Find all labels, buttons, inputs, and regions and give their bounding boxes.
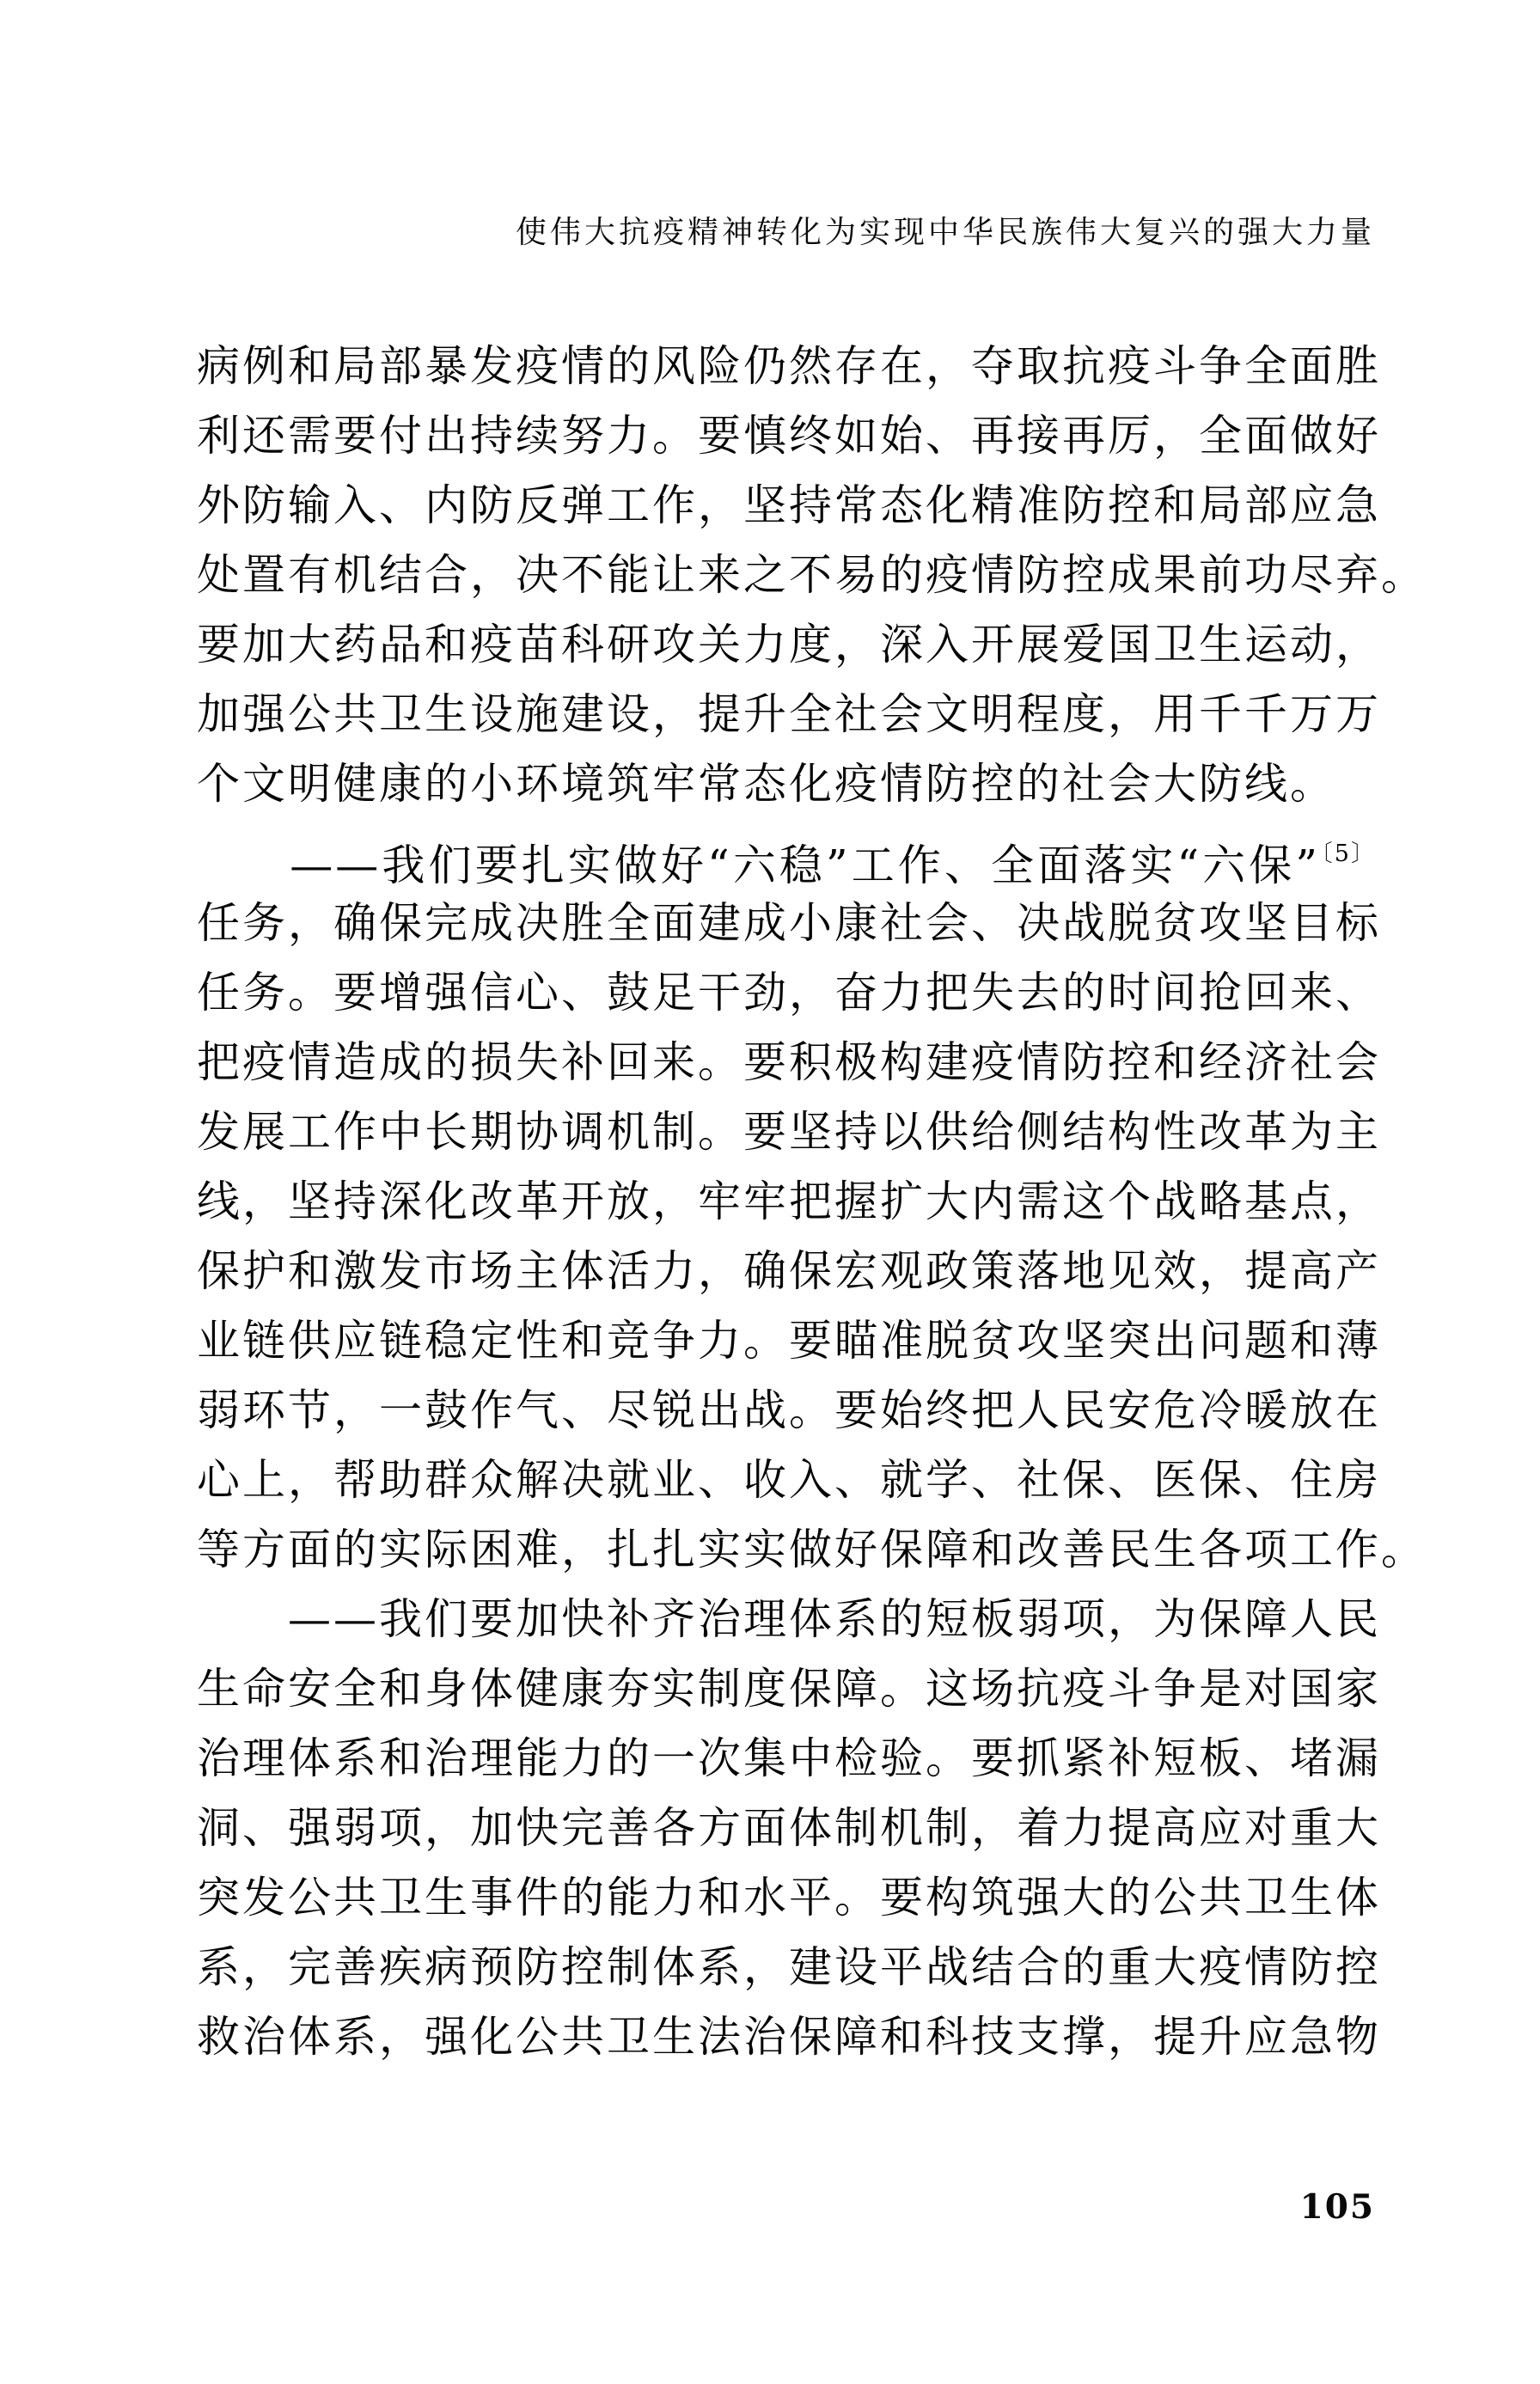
text-line: 要加大药品和疫苗科研攻关力度，深入开展爱国卫生运动， (197, 610, 1375, 680)
body-text: 病例和局部暴发疫情的风险仍然存在，夺取抗疫斗争全面胜 利还需要付出持续努力。要慎… (197, 332, 1375, 2072)
text-line: 保护和激发市场主体活力，确保宏观政策落地见效，提高产 (197, 1237, 1375, 1306)
text-line: 任务，确保完成决胜全面建成小康社会、决战脱贫攻坚目标 (197, 889, 1375, 958)
text-line: 利还需要付出持续努力。要慎终如始、再接再厉，全面做好 (197, 401, 1375, 471)
text-line: 治理体系和治理能力的一次集中检验。要抓紧补短板、堵漏 (197, 1724, 1375, 1794)
text-line: 系，完善疾病预防控制体系，建设平战结合的重大疫情防控 (197, 1933, 1375, 2002)
text-line: 弱环节，一鼓作气、尽锐出战。要始终把人民安危冷暖放在 (197, 1376, 1375, 1446)
text-line: 任务。要增强信心、鼓足干劲，奋力把失去的时间抢回来、 (197, 958, 1375, 1028)
text-line: 救治体系，强化公共卫生法治保障和科技支撑，提升应急物 (197, 2002, 1375, 2072)
page-number: 105 (197, 2187, 1375, 2227)
text-line-main: ——我们要扎实做好“六稳”工作、全面落实“六保” (290, 841, 1320, 890)
text-line: 业链供应链稳定性和竞争力。要瞄准脱贫攻坚突出问题和薄 (197, 1306, 1375, 1376)
text-line: 线，坚持深化改革开放，牢牢把握扩大内需这个战略基点， (197, 1167, 1375, 1237)
footnote-marker: 〔5〕 (1320, 841, 1375, 867)
text-line: 洞、强弱项，加快完善各方面体制机制，着力提高应对重大 (197, 1794, 1375, 1863)
text-line: 心上，帮助群众解决就业、收入、就学、社保、医保、住房 (197, 1446, 1375, 1515)
paragraph-indent (197, 1594, 288, 1644)
text-line: 等方面的实际困难，扎扎实实做好保障和改善民生各项工作。 (197, 1515, 1375, 1585)
running-header: 使伟大抗疫精神转化为实现中华民族伟大复兴的强大力量 (197, 208, 1375, 252)
text-line-main: ——我们要加快补齐治理体系的短板弱项，为保障人民 (288, 1594, 1381, 1644)
text-line: 把疫情造成的损失补回来。要积极构建疫情防控和经济社会 (197, 1028, 1375, 1097)
text-line: 外防输入、内防反弹工作，坚持常态化精准防控和局部应急 (197, 471, 1375, 541)
text-line: 发展工作中长期协调机制。要坚持以供给侧结构性改革为主 (197, 1097, 1375, 1167)
text-line: 处置有机结合，决不能让来之不易的疫情防控成果前功尽弃。 (197, 541, 1375, 610)
text-line: 个文明健康的小环境筑牢常态化疫情防控的社会大防线。 (197, 749, 1375, 819)
text-line: ——我们要加快补齐治理体系的短板弱项，为保障人民 (197, 1585, 1375, 1654)
text-line: 病例和局部暴发疫情的风险仍然存在，夺取抗疫斗争全面胜 (197, 332, 1375, 401)
document-page: 使伟大抗疫精神转化为实现中华民族伟大复兴的强大力量 病例和局部暴发疫情的风险仍然… (0, 0, 1540, 2384)
text-line: 突发公共卫生事件的能力和水平。要构筑强大的公共卫生体 (197, 1863, 1375, 1933)
text-line: ——我们要扎实做好“六稳”工作、全面落实“六保”〔5〕 (197, 819, 1375, 889)
paragraph-indent (197, 841, 290, 890)
text-line: 加强公共卫生设施建设，提升全社会文明程度，用千千万万 (197, 680, 1375, 749)
text-line: 生命安全和身体健康夯实制度保障。这场抗疫斗争是对国家 (197, 1654, 1375, 1724)
